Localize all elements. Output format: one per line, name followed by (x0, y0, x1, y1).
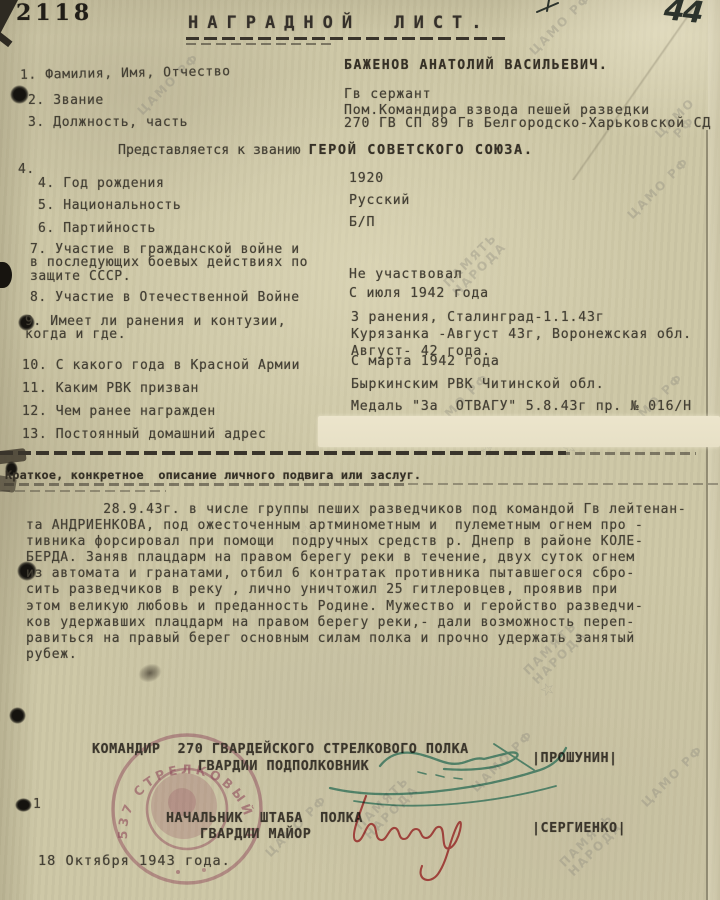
chief-title-line2: ГВАРДИИ МАЙОР (200, 827, 311, 842)
field-4-value: 1920 (349, 171, 384, 186)
section-heading-underline (4, 483, 408, 486)
handwritten-corner-number: 44 (662, 0, 703, 31)
field-6-label: 6. Партийность (38, 221, 156, 236)
watermark-star-icon: ☆ (537, 678, 558, 702)
chief-name: |СЕРГИЕНКО| (532, 821, 626, 836)
citation-text: 28.9.43г. в числе группы пеших разведчик… (26, 502, 686, 663)
field-9-value: 3 ранения, Сталинград-1.1.43г Курязанка … (351, 310, 692, 360)
field-8-label: 8. Участие в Отечественной Войне (30, 290, 300, 305)
chief-signature (336, 780, 506, 892)
award-sheet-scan: ЦАМО РФ ЦАМО РФ ЦАМО РФ ЦАМО РФ ПАМЯТЬ Н… (0, 0, 720, 900)
scan-edge-strip (708, 0, 720, 900)
field-8-value: С июля 1942 года (349, 286, 489, 301)
date-line: 18 Октября 1943 года. (38, 853, 231, 869)
section-heading: Краткое, конкретное описание личного под… (5, 468, 421, 482)
field-10-value: С марта 1942 года (351, 354, 500, 369)
field-4-label: 4. Год рождения (38, 176, 164, 191)
document-title: НАГРАДНОЙ ЛИСТ. (188, 13, 491, 33)
redacted-address-box (318, 416, 720, 447)
handwritten-mark (534, 0, 568, 16)
stray-item-number: 4. (18, 162, 35, 177)
field-2-label: 2. Звание (28, 93, 104, 108)
field-7-value: Не участвовал (349, 267, 463, 282)
field-3-value: Пом.Командира взвода пешей разведки 270 … (344, 104, 711, 131)
edge-tear-mark (0, 262, 12, 288)
field-13-label: 13. Постоянный домашний адрес (22, 427, 266, 442)
punch-hole (9, 707, 26, 724)
section-heading-underline (408, 483, 720, 485)
field-3-label: 3. Должность, часть (28, 115, 188, 130)
presentation-line: Представляется к званию ГЕРОЙ СОВЕТСКОГО… (118, 142, 534, 158)
presentation-award: ГЕРОЙ СОВЕТСКОГО СОЮЗА. (309, 142, 534, 158)
field-11-label: 11. Каким РВК призван (22, 381, 199, 396)
field-12-label: 12. Чем ранее награжден (22, 404, 216, 419)
sheet-marker: 1 (33, 797, 41, 812)
watermark-archive: ЦАМО РФ (639, 743, 706, 810)
watermark-archive: ЦАМО РФ (135, 51, 202, 118)
presentation-prefix: Представляется к званию (118, 143, 309, 158)
title-underline (186, 43, 332, 45)
separator-line (560, 452, 696, 455)
section-heading-underline (0, 490, 166, 492)
field-2-value: Гв сержант (344, 87, 431, 102)
field-11-value: Быркинским РВК Читинской обл. (351, 377, 604, 392)
field-12-value: Медаль "За ОТВАГУ" 5.8.43г пр. № 016/Н (351, 399, 692, 414)
separator-line (0, 451, 566, 455)
punch-hole (10, 85, 29, 104)
field-5-value: Русский (349, 193, 410, 208)
field-7-label: 7. Участие в гражданской войне и в после… (30, 243, 308, 283)
title-underline (186, 37, 506, 40)
archive-number-stamp: 2118 (16, 0, 93, 26)
chief-title-line1: НАЧАЛЬНИК ШТАБА ПОЛКА (166, 811, 363, 826)
ink-smudge (136, 660, 165, 685)
punch-hole (15, 798, 32, 812)
field-6-value: Б/П (349, 215, 375, 230)
edge-tear-mark (0, 32, 12, 47)
field-1-value: БАЖЕНОВ АНАТОЛИЙ ВАСИЛЬЕВИЧ. (344, 58, 608, 73)
field-5-label: 5. Национальность (38, 198, 181, 213)
field-9-label: 9. Имеет ли ранения и контузии, когда и … (25, 315, 286, 342)
field-10-label: 10. С какого года в Красной Армии (22, 358, 300, 373)
field-1-label: 1. Фамилия, Имя, Отчество (20, 64, 231, 83)
